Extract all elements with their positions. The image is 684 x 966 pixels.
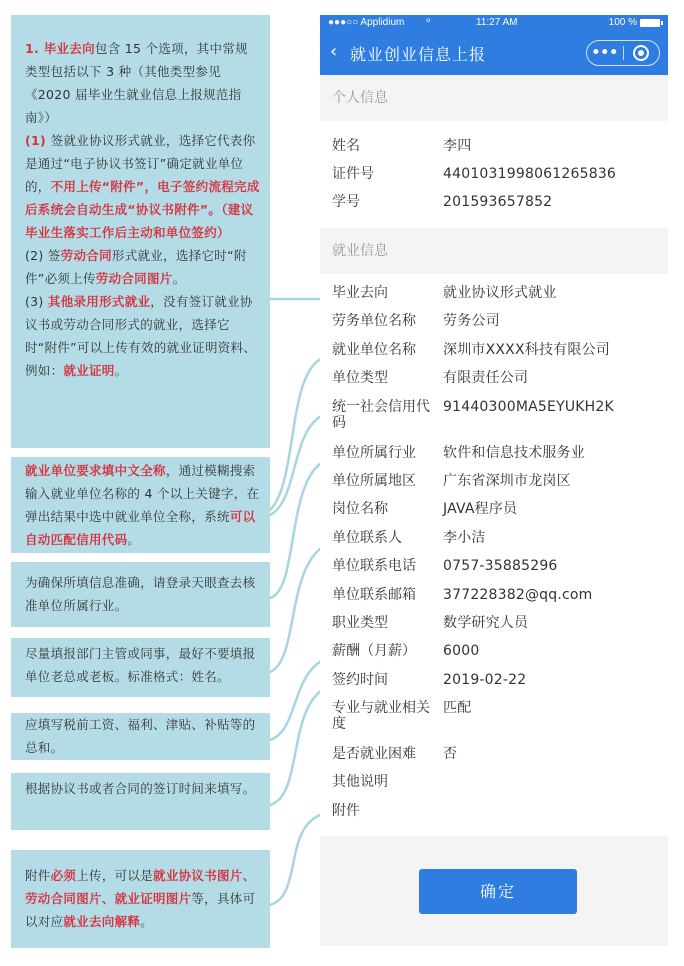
field-row: 薪酬（月薪）6000: [332, 637, 668, 665]
field-row: 其他说明: [332, 768, 668, 796]
status-bar: ●●●○○ Applidium ⚬ 11:27 AM 100 %: [320, 15, 668, 32]
field-value[interactable]: 广东省深圳市龙岗区: [443, 473, 668, 495]
status-time: 11:27 AM: [476, 17, 518, 28]
field-row: 附件: [332, 797, 668, 825]
annotation-graduation-destination: 1. 毕业去向包含 15 个选项，其中常规类型包括以下 3 种（其他类型参见《2…: [11, 15, 270, 448]
field-row: 就业单位名称深圳市XXXX科技有限公司: [332, 336, 668, 364]
field-row: 专业与就业相关度匹配: [332, 694, 668, 740]
field-label: 就业单位名称: [332, 342, 443, 364]
field-value[interactable]: 有限责任公司: [443, 370, 668, 392]
field-label: 薪酬（月薪）: [332, 643, 443, 665]
personal-info-list: 姓名李四证件号440103199806126583​6学号20159365785…: [320, 121, 668, 228]
field-label: 岗位名称: [332, 501, 443, 523]
field-row: 是否就业困难否: [332, 740, 668, 768]
field-value[interactable]: 377228382@qq.com: [443, 587, 668, 609]
section-heading-employment: 就业信息: [320, 228, 668, 274]
field-label: 单位所属行业: [332, 445, 443, 467]
annotation-text: 附件: [25, 868, 51, 883]
annotation-text: 上传，可以是: [76, 868, 153, 883]
more-options-icon[interactable]: •••: [587, 41, 623, 65]
field-label: 姓名: [332, 138, 443, 154]
annotation-text: 。: [127, 532, 140, 547]
field-label: 职业类型: [332, 615, 443, 637]
phone-screen: ●●●○○ Applidium ⚬ 11:27 AM 100 % ‹ 就业创业信…: [320, 15, 668, 966]
field-label: 劳务单位名称: [332, 313, 443, 335]
field-value[interactable]: 劳务公司: [443, 313, 668, 335]
field-row: 劳务单位名称劳务公司: [332, 307, 668, 335]
footer-area: 确定: [320, 836, 668, 946]
field-label: 附件: [332, 803, 443, 825]
field-row: 职业类型数学研究人员: [332, 609, 668, 637]
battery-icon: [640, 19, 660, 27]
field-value[interactable]: 就业协议形式就业: [443, 285, 668, 307]
carrier-label: ●●●○○ Applidium: [328, 17, 404, 28]
annotation-text: 尽量填报部门主管或同事，最好不要填报单位老总或老板。标准格式：姓名。: [25, 646, 255, 684]
annotation-text: 为确保所填信息准确，请登录天眼查去核准单位所属行业。: [25, 575, 255, 613]
page-title: 就业创业信息上报: [350, 42, 486, 65]
wifi-icon: ⚬: [424, 16, 432, 27]
field-value[interactable]: [443, 803, 668, 825]
field-value[interactable]: 0757-35885296: [443, 558, 668, 580]
highlighted-text: 必须: [51, 868, 77, 883]
field-row: 岗位名称JAVA程序员: [332, 495, 668, 523]
field-row: 证件号440103199806126583​6: [332, 160, 668, 188]
field-row: 单位类型有限责任公司: [332, 364, 668, 392]
field-value[interactable]: 2019-02-22: [443, 672, 668, 694]
annotation-sign-date: 根据协议书或者合同的签订时间来填写。: [11, 773, 270, 830]
field-label: 证件号: [332, 166, 443, 182]
field-label: 签约时间: [332, 672, 443, 694]
field-value[interactable]: 否: [443, 746, 668, 768]
field-value[interactable]: 匹配: [443, 700, 668, 740]
field-label: 学号: [332, 194, 443, 210]
field-label: 单位类型: [332, 370, 443, 392]
annotation-industry: 为确保所填信息准确，请登录天眼查去核准单位所属行业。: [11, 562, 270, 627]
annotation-text: 。: [140, 914, 153, 929]
highlighted-text: (1): [25, 133, 51, 148]
nav-bar: ‹ 就业创业信息上报 •••: [320, 32, 668, 75]
field-label: 单位联系人: [332, 530, 443, 552]
field-row: 单位联系邮箱377228382@qq.com: [332, 581, 668, 609]
field-label: 单位联系电话: [332, 558, 443, 580]
section-heading-personal: 个人信息: [320, 75, 668, 121]
field-value[interactable]: [443, 774, 668, 796]
highlighted-text: 就业单位要求填中文全称: [25, 463, 166, 478]
field-label: 毕业去向: [332, 285, 443, 307]
field-value[interactable]: 201593657852: [443, 194, 668, 210]
field-value[interactable]: 李小洁: [443, 530, 668, 552]
field-label: 统一社会信用代码: [332, 399, 443, 439]
annotation-attachment: 附件必须上传，可以是就业协议书图片、劳动合同图片、就业证明图片等，具体可以对应就…: [11, 850, 270, 948]
field-row: 统一社会信用代码91440300MA5EYUKH2K: [332, 393, 668, 439]
employment-info-list: 毕业去向就业协议形式就业劳务单位名称劳务公司就业单位名称深圳市XXXX科技有限公…: [320, 274, 668, 825]
miniprogram-capsule: •••: [586, 40, 660, 66]
highlighted-text: 其他录用形式就业: [48, 294, 150, 309]
battery-percent: 100 %: [609, 17, 637, 28]
field-label: 单位联系邮箱: [332, 587, 443, 609]
annotation-text: (3): [25, 294, 48, 309]
close-miniprogram-button[interactable]: [623, 45, 659, 61]
battery-indicator: 100 %: [609, 17, 660, 28]
field-value[interactable]: 440103199806126583​6: [443, 166, 668, 182]
field-value[interactable]: 6000: [443, 643, 668, 665]
field-value[interactable]: 数学研究人员: [443, 615, 668, 637]
field-label: 专业与就业相关度: [332, 700, 443, 740]
field-value[interactable]: 91440300MA5EYUKH2K: [443, 399, 668, 439]
annotation-salary: 应填写税前工资、福利、津贴、补贴等的总和。: [11, 713, 270, 760]
field-row: 单位所属地区广东省深圳市龙岗区: [332, 467, 668, 495]
field-row: 毕业去向就业协议形式就业: [332, 279, 668, 307]
confirm-button[interactable]: 确定: [419, 869, 577, 914]
highlighted-text: 劳动合同: [61, 248, 112, 263]
annotation-text: 。: [115, 363, 128, 378]
field-value[interactable]: 深圳市XXXX科技有限公司: [443, 342, 668, 364]
highlighted-text: 不用上传“附件”，电子签约流程完成后系统会自动生成“协议书附件”。（建议毕业生落…: [25, 179, 260, 240]
highlighted-text: 劳动合同图片: [96, 271, 173, 286]
highlighted-text: 1. 毕业去向: [25, 41, 95, 56]
field-row: 单位联系人李小洁: [332, 524, 668, 552]
annotation-employer-name: 就业单位要求填中文全称，通过模糊搜索输入就业单位名称的 4 个以上关键字，在弹出…: [11, 457, 270, 553]
field-row: 姓名李四: [332, 132, 668, 160]
field-value[interactable]: 李四: [443, 138, 668, 154]
annotation-text: 。: [173, 271, 186, 286]
field-row: 单位所属行业软件和信息技术服务业: [332, 439, 668, 467]
field-row: 单位联系电话0757-35885296: [332, 552, 668, 580]
highlighted-text: 就业去向解释: [63, 914, 140, 929]
field-value[interactable]: 软件和信息技术服务业: [443, 445, 668, 467]
highlighted-text: 就业证明: [63, 363, 114, 378]
annotation-contact-person: 尽量填报部门主管或同事，最好不要填报单位老总或老板。标准格式：姓名。: [11, 638, 270, 697]
annotation-text: 根据协议书或者合同的签订时间来填写。: [25, 781, 255, 796]
field-label: 其他说明: [332, 774, 443, 796]
target-icon: [633, 45, 649, 61]
field-value[interactable]: JAVA程序员: [443, 501, 668, 523]
annotation-text: 应填写税前工资、福利、津贴、补贴等的总和。: [25, 717, 255, 755]
field-label: 是否就业困难: [332, 746, 443, 768]
field-label: 单位所属地区: [332, 473, 443, 495]
field-row: 签约时间2019-02-22: [332, 666, 668, 694]
back-chevron-icon[interactable]: ‹: [330, 41, 337, 62]
field-row: 学号201593657852: [332, 188, 668, 216]
annotation-text: (2) 签: [25, 248, 61, 263]
